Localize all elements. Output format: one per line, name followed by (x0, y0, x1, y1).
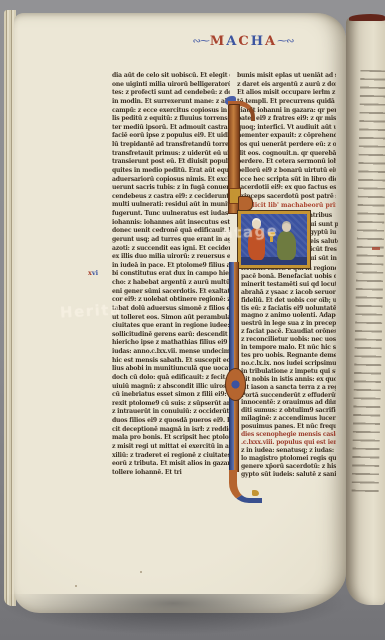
manuscript-text-line: sit iason a sancta terra z a regno. (241, 384, 336, 392)
manuscript-text-line: cit deceptionē magnā in isrł: z reddidit (112, 426, 230, 435)
manuscript-text-line: dia aūt de celo sit uobiscū. Et elegit d… (112, 72, 230, 81)
pen-flourish-right: ⁓∾ (277, 36, 293, 47)
manuscript-text-line: ecce hec scripta sūt in libro dierū (237, 176, 336, 185)
manuscript-text-line: tabat dolū aduersus simonē z filios ei9 (112, 305, 230, 314)
manuscript-text-line: campū: z ecce exercitus copiosus in obui… (112, 107, 230, 116)
manuscript-text-line: quites in medio peditū. Erat aūt equitat… (112, 167, 230, 176)
manuscript-text-line: nit nobis in istis annis: ex quo reces (241, 376, 336, 384)
manuscript-text-line: cor ei9: z uolebat obtinere regionē: z c… (112, 296, 230, 305)
manuscript-text-line: hiericho ipse z mathathias filius ei9 z (112, 339, 230, 348)
manuscript-text-line: donec uenit cedronē quā edificauit. Et f… (112, 227, 230, 236)
manuscript-text-line: hementer expauit: z cōprehendit ui (237, 132, 336, 141)
explicit-incipit-rubric: Explicit lib' machabeorū prim9: incipit … (240, 201, 336, 210)
manuscript-text-line: Et alios misit occupare ierłm z mō (237, 89, 336, 98)
book-cover-edge (349, 14, 385, 21)
manuscript-text-line: quoq; interfici. Vt audiuit aūt ue (237, 124, 336, 133)
manuscript-text-line: dicūt fres (306, 246, 338, 255)
manuscript-text-line: xiliū: z traderet ei regionē z ciuitates (112, 452, 230, 461)
manuscript-text-line: dit eos. cognouit.n. qr querebāt eū (237, 150, 336, 159)
manuscript-text-line: lū trepidantē ad transfretandū torrentē:… (112, 141, 230, 150)
manuscript-text-line: ex illis duo milia uirorū: z reuersus es… (112, 253, 230, 262)
running-title-letters: MACHA (210, 34, 276, 49)
manuscript-text-line: doch cū dolo: quā edificauit: z fecit ei… (112, 374, 230, 383)
running-title-letter: A (265, 34, 276, 49)
manuscript-text-line: bi constitutus erat dux in campo hieri (112, 270, 230, 279)
manuscript-text-line: iohannis: iohannes aūt insecutus est eos… (112, 219, 230, 228)
manuscript-text-line: tes: z profecti sunt ad cendebeū: z dorm… (112, 89, 230, 98)
manuscript-text-line: z intrauerūt in conuiuiū: z occiderūt eū… (112, 408, 230, 417)
manuscript-text-line: pacē bonā. Benefaciat uobis de9: z me (241, 273, 336, 281)
manuscript-text-line: uerunt sacris tubis: z in fugā conuersus… (112, 184, 230, 193)
manuscript-text-line: lo magistro ptolomei regis qui est de (241, 455, 336, 463)
manuscript-text-line: in iudeā in pace. Et ptolome9 filius abo (112, 262, 230, 271)
manuscript-text-line: milaginē: z accendimus lucernas z pro (241, 415, 336, 423)
manuscript-text-line: innocentē: z orauimus ad dn̄m z exau (241, 399, 336, 407)
right-text-column-lower: ierłimis iudei: z qui in regione iudee:p… (241, 265, 336, 479)
manuscript-text-line: sacerdotii ei9: ex quo factus est (237, 184, 336, 193)
running-title-letter: A (226, 34, 237, 49)
manuscript-text-line: dies scenophegie mensis casleu. anno (241, 431, 336, 439)
photo-of-manuscript: ∾⁓ MACHA ⁓∾ dia aūt de celo sit uobiscū.… (0, 0, 385, 640)
manuscript-text-line: ros qui uenerāt perdere eū: z occi (237, 141, 336, 150)
running-title-letter: H (251, 34, 264, 49)
manuscript-text-line: cū inebriatus esset simon z filii ei9: s… (112, 391, 230, 400)
manuscript-text-line: cendebeus z castra ei9: z ceciderunt ex … (112, 193, 230, 202)
manuscript-text-line: fugerunt. Tunc uulneratus est iudas frat… (112, 210, 230, 219)
manuscript-text-line: qui sunt p (306, 221, 338, 230)
manuscript-text-line: diti sumus: z obtulim9 sacrificiū z si (241, 407, 336, 415)
facing-page-rubric-mark (372, 247, 380, 250)
manuscript-text-line: fideliū. Et det uobis cor oīb; ut cola (241, 297, 336, 305)
manuscript-text-line: hic est mensis sabath. Et suscepit eos f… (112, 357, 230, 366)
right-text-column-upper: bunis misit eplas ut ueniāt ad se:z dare… (237, 72, 336, 202)
manuscript-text-line: .c.lxxx.viii. populus qui est ierłimis (241, 439, 336, 447)
manuscript-text-line: ratribus (306, 212, 338, 221)
initial-stem-lower-orange (234, 262, 239, 472)
manuscript-text-line: in tribulatione z impetu qui superue (241, 368, 336, 376)
manuscript-text-line: azoti: z succendit eas igni. Et ceciderū… (112, 245, 230, 254)
watermark-text: Herita (60, 300, 122, 321)
manuscript-text-line: z faciat pacē. Exaudiat orōnes ūras: (241, 328, 336, 336)
left-text-column: dia aūt de celo sit uobiscū. Et elegit d… (112, 72, 230, 479)
figure-right-green-robe (277, 231, 296, 260)
manuscript-text-line: posuimus panes. Et nūc frequentate (241, 423, 336, 431)
manuscript-text-line: minerit testamēti sui qd locut9 est ad (241, 281, 336, 289)
manuscript-text-line: ciuitates que erant in regione iudee: z (112, 322, 230, 331)
manuscript-text-line: Portā succenderūt z effuderūt sāguinē (241, 392, 336, 400)
chapter-mark-blue: vi (92, 269, 98, 277)
parchment-speck (140, 571, 142, 573)
manuscript-text-line: qui sūt in (306, 255, 338, 264)
manuscript-text-line: rexit ptolome9 cū suis: z sūpserūt arma … (112, 400, 230, 409)
manuscript-text-line: iudas: anno.c.lxx.vii. mense undecimo: (112, 348, 230, 357)
manuscript-text-line: one uiginti milia uirorū belligeratorū z… (112, 81, 230, 90)
manuscript-text-line: z in iudea: senatusq; z iudas: aristobo (241, 447, 336, 455)
manuscript-text-line: duos filios ei9 z quosdā pueros ei9. Et … (112, 417, 230, 426)
manuscript-text-line: deis salutē (306, 238, 338, 247)
manuscript-text-line: lis peditū z equitū: z fluuius torrens e… (112, 115, 230, 124)
running-title: ∾⁓ MACHA ⁓∾ (178, 31, 308, 51)
margin-chapter-mark: xvi (88, 270, 98, 277)
manuscript-text-line: in tempore malo. Et nūc hic sumus orā (241, 344, 336, 352)
manuscript-text-line: bunis misit eplas ut ueniāt ad se: (237, 72, 336, 81)
initial-knot-ornament (225, 368, 246, 401)
watermark-text: ntage (222, 222, 279, 243)
manuscript-text-line: tē templi. Et precurrens quidā nū (237, 98, 336, 107)
manuscript-text-line: eni gener sūmi sacerdotis. Et exaltatū e… (112, 288, 230, 297)
manuscript-text-line: aduersariorū copiosus nimis. Et exclama (112, 176, 230, 185)
manuscript-text-line: transfretauit primus: z uiderūt eū uiri:… (112, 150, 230, 159)
manuscript-text-line: mala pro bonis. Et scripsit hec ptolome9… (112, 434, 230, 443)
manuscript-text-line: egyptū iu (306, 229, 338, 238)
manuscript-text-line: perdere. Et cetera sermonū iohīs z (237, 158, 336, 167)
manuscript-text-line: tollere iohannē. Et tri (112, 469, 230, 478)
manuscript-text-line: transierunt post eū. Et diuisit populū: … (112, 158, 230, 167)
pen-flourish-left: ∾⁓ (192, 36, 208, 47)
manuscript-text-line: ut tolleret eos. Simon aūt perambulans (112, 314, 230, 323)
manuscript-text-line: tes pro uobis. Regnante demetrio an (241, 352, 336, 360)
running-title-letter: M (210, 34, 225, 49)
manuscript-text-line: uiuiū magnū: z abscondit illic uiros. Et (112, 383, 230, 392)
manuscript-text-line: no.c.lx.ix. nos iudei scripsimus uobis (241, 360, 336, 368)
manuscript-text-line: z reconcilietur uobis: nec uos deserat (241, 336, 336, 344)
manuscript-text-line: multi uulnerati: residui aūt in munition… (112, 201, 230, 210)
initial-crossbar (238, 196, 253, 211)
manuscript-text-line: abrahā z ysaac z iacob seruorū suorū (241, 289, 336, 297)
running-title-letter: C (238, 34, 249, 49)
book-shadow (0, 594, 385, 640)
manuscript-text-line: z misit regi ut mittat ei exercitū in au (112, 443, 230, 452)
manuscript-text-line: tis eū: z faciatis ei9 uoluntatē corde (241, 305, 336, 313)
manuscript-text-line: sollicitudinē gerens earū: descendit in (112, 331, 230, 340)
initial-foot-leaf (252, 490, 259, 496)
manuscript-text-line: ter mediū ipsorū. Et admouit castra cont… (112, 124, 230, 133)
manuscript-text-line: eorū z tributa. Et misit alios in gazarā (112, 460, 230, 469)
manuscript-text-line: bellorū ei9 z bonarū uirtutū eius: (237, 167, 336, 176)
manuscript-text-line: uestrū in lege sua z in preceptis suis: (241, 320, 336, 328)
manuscript-text-line: lius abobi in munitiunculā que uocatur (112, 365, 230, 374)
manuscript-text-line: cho: z habebat argentū z aurū multū: era… (112, 279, 230, 288)
parchment-speck (75, 585, 77, 587)
manuscript-text-line: in modin. Et surrexerunt mane: z abierun… (112, 98, 230, 107)
figure-right-head (282, 223, 291, 232)
manuscript-text-line: magno z animo uolenti. Adaperiat cor (241, 312, 336, 320)
right-text-column-beside-miniature: ratribusqui sunt pegyptū iudeis salutēdi… (306, 212, 338, 263)
manuscript-text-line: faciē eorū ipse z populus ei9. Et uidit … (112, 132, 230, 141)
manuscript-text-line: gerunt usq; ad turres que erant in agris (112, 236, 230, 245)
manuscript-text-line: z daret eis argentū z aurū z dona. (237, 81, 336, 90)
